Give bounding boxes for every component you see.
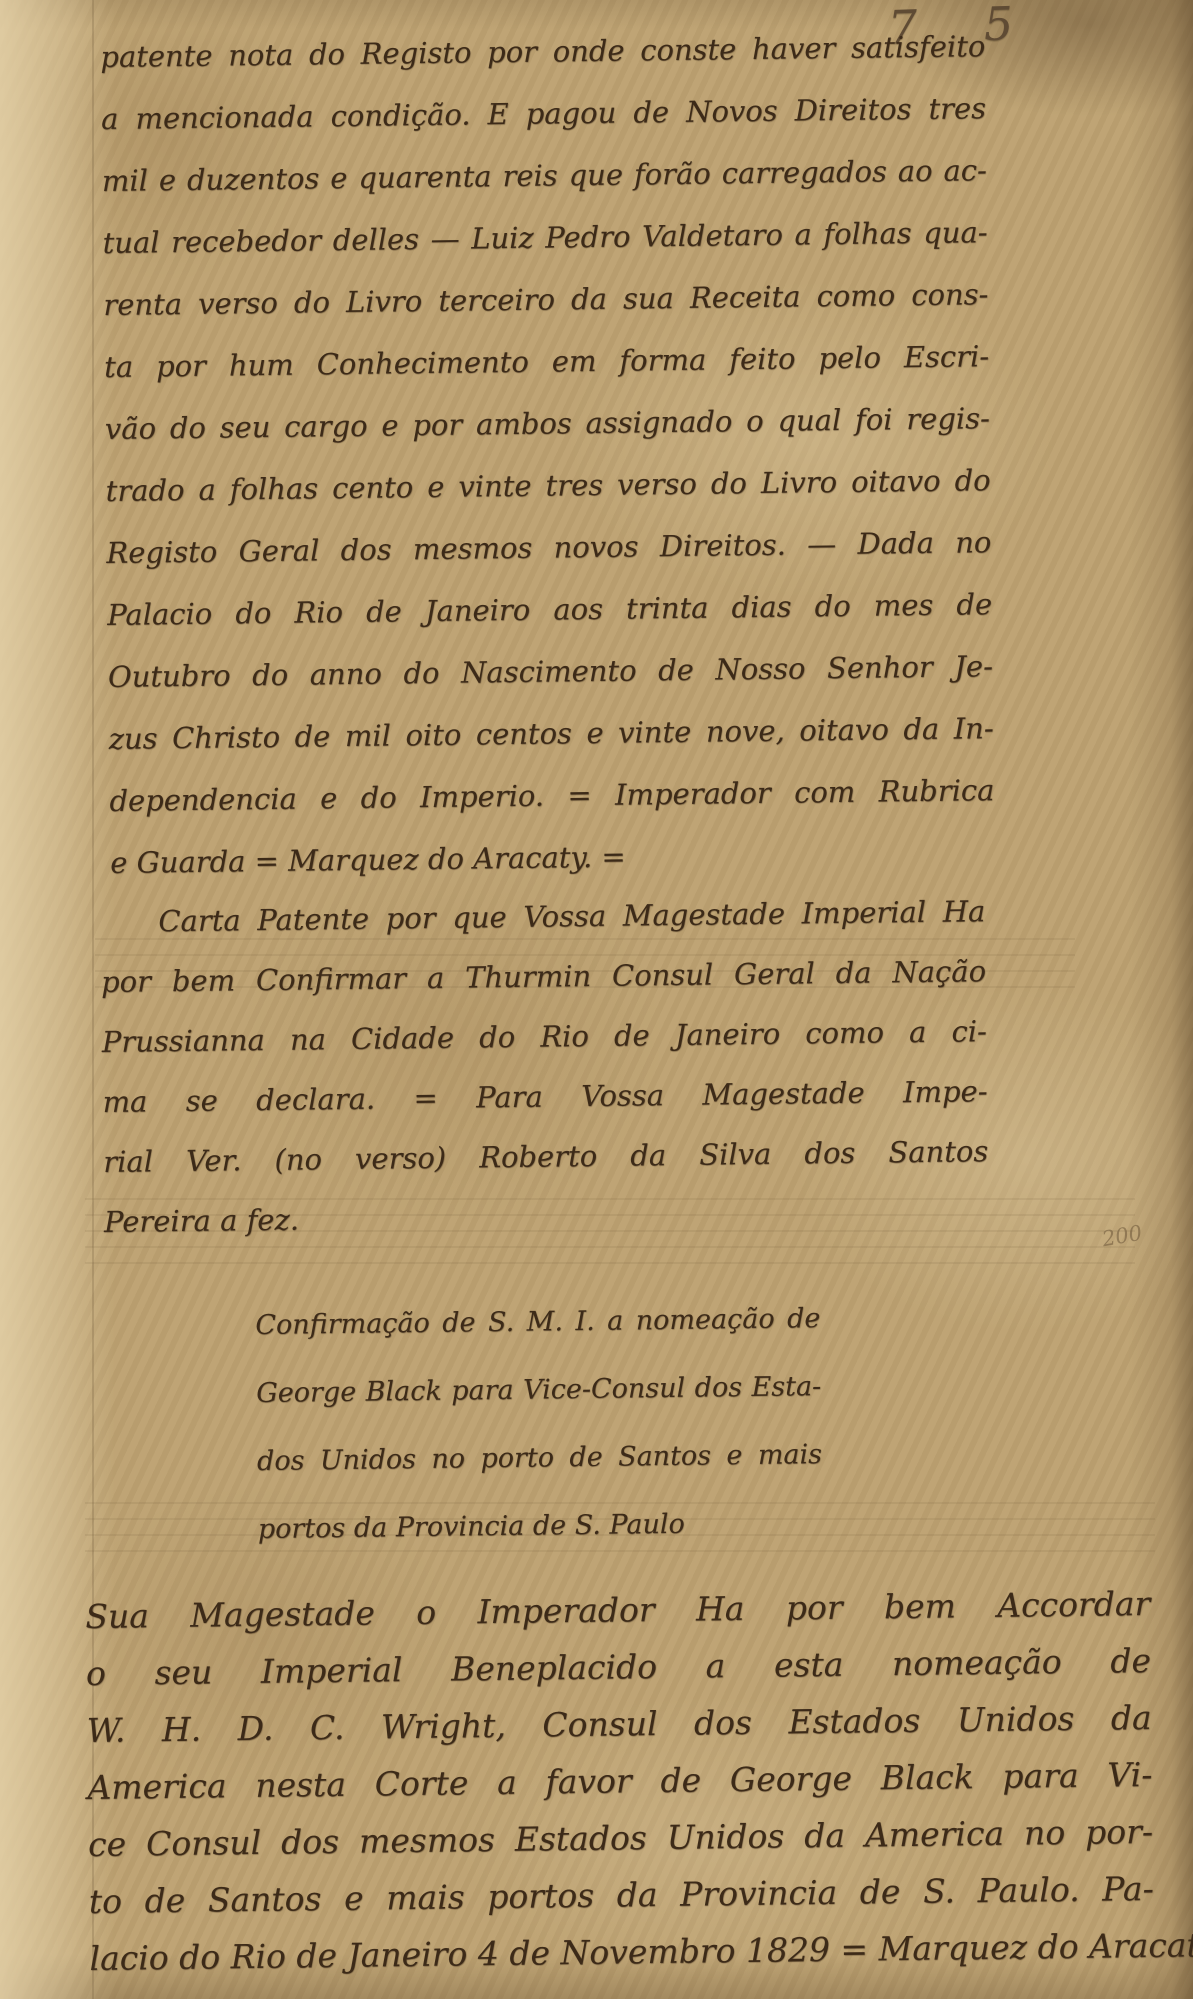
manuscript-line: Confirmação de S. M. I. a nomeação de: [255, 1285, 821, 1360]
manuscript-line: zus Christo de mil oito centos e vinte n…: [108, 697, 994, 770]
paragraph-carta-patente: Carta Patente por que Vossa Magestade Im…: [100, 881, 989, 1252]
manuscript-line: ta por hum Conhecimento em forma feito p…: [104, 325, 990, 398]
manuscript-line: Carta Patente por que Vossa Magestade Im…: [100, 881, 986, 952]
summary-note-block: Confirmação de S. M. I. a nomeação de Ge…: [255, 1285, 823, 1564]
manuscript-line: Prussianna na Cidade do Rio de Janeiro c…: [101, 1001, 987, 1072]
paragraph-beneplacito: Sua Magestade o Imperador Ha por bem Acc…: [85, 1575, 1155, 1987]
manuscript-line: vão do seu cargo e por ambos assignado o…: [105, 387, 991, 460]
manuscript-line: rial Ver. (no verso) Roberto da Silva do…: [103, 1121, 989, 1192]
manuscript-line: portos da Provincia de S. Paulo: [257, 1489, 823, 1564]
manuscript-line: a mencionada condição. E pagou de Novos …: [101, 77, 987, 150]
manuscript-line: tual recebedor delles — Luiz Pedro Valde…: [102, 201, 988, 274]
manuscript-line: patente nota do Registo por onde conste …: [100, 15, 986, 88]
manuscript-line: Registo Geral dos mesmos novos Direitos.…: [106, 511, 992, 584]
manuscript-line: lacio do Rio de Janeiro 4 de Novembro 18…: [89, 1917, 1155, 1987]
manuscript-line: dos Unidos no porto de Santos e mais: [257, 1421, 823, 1496]
manuscript-page: 7 5 200 patente nota do Registo por onde…: [0, 0, 1193, 1999]
paragraph-patent-registration: patente nota do Registo por onde conste …: [100, 15, 996, 894]
manuscript-line: por bem Confirmar a Thurmin Consul Geral…: [101, 941, 987, 1012]
manuscript-line: ma se declara. = Para Vossa Magestade Im…: [102, 1061, 988, 1132]
manuscript-line: Outubro do anno do Nascimento de Nosso S…: [108, 635, 994, 708]
manuscript-line: renta verso do Livro terceiro da sua Rec…: [103, 263, 989, 336]
manuscript-line: George Black para Vice-Consul dos Esta-: [256, 1353, 822, 1428]
manuscript-line: Pereira a fez.: [104, 1181, 990, 1252]
manuscript-line: dependencia e do Imperio. = Imperador co…: [109, 759, 995, 832]
manuscript-line: Palacio do Rio de Janeiro aos trinta dia…: [107, 573, 993, 646]
manuscript-line: mil e duzentos e quarenta reis que forão…: [102, 139, 988, 212]
manuscript-line: trado a folhas cento e vinte tres verso …: [105, 449, 991, 522]
